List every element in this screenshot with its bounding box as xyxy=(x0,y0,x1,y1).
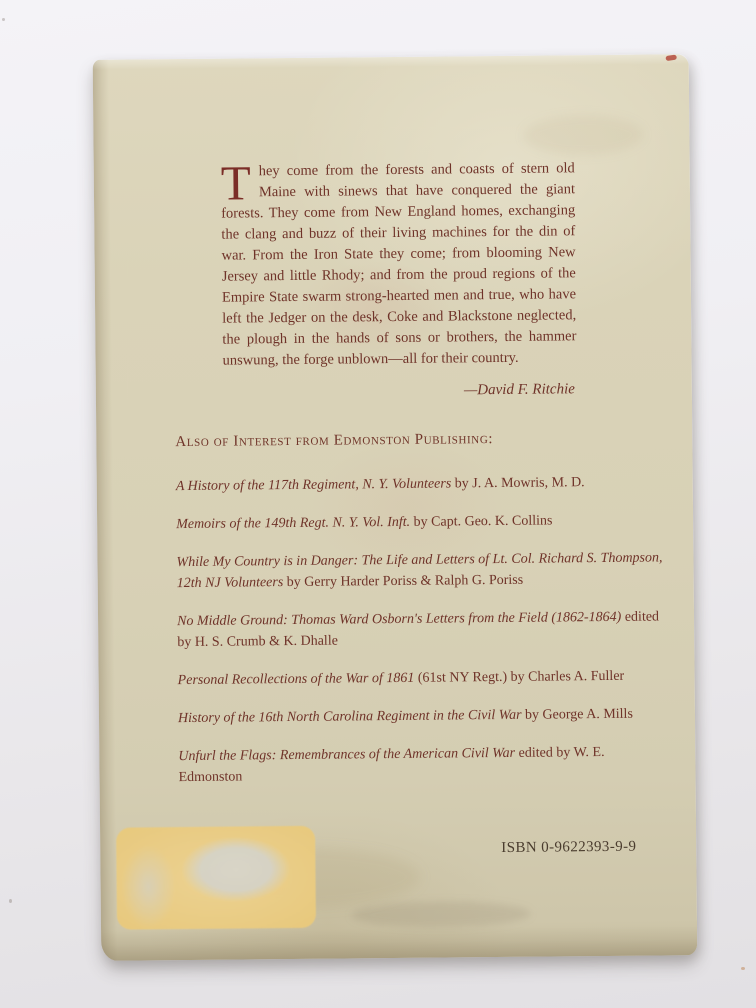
book-title: Personal Recollections of the War of 186… xyxy=(178,671,415,688)
listed-book: While My Country is in Danger: The Life … xyxy=(176,547,662,594)
book-author-credit: by Gerry Harder Poriss & Ralph G. Poriss xyxy=(283,573,523,590)
book-author-credit: by J. A. Mowris, M. D. xyxy=(451,475,585,491)
quote-dropcap: T xyxy=(221,161,259,201)
stain xyxy=(351,901,531,929)
listed-book: Memoirs of the 149th Regt. N. Y. Vol. In… xyxy=(176,509,662,535)
publisher-catalog-section: Also of Interest from Edmonston Publishi… xyxy=(175,428,665,805)
book-back-cover: They come from the forests and coasts of… xyxy=(93,54,698,961)
listed-book: Personal Recollections of the War of 186… xyxy=(178,665,664,691)
listed-book: A History of the 117th Regiment, N. Y. V… xyxy=(176,471,662,497)
stain xyxy=(523,115,643,156)
blurb-quote: They come from the forests and coasts of… xyxy=(221,158,577,403)
price-sticker-residue xyxy=(116,826,316,930)
photo-backdrop: They come from the forests and coasts of… xyxy=(0,0,756,1008)
publisher-list-heading: Also of Interest from Edmonston Publishi… xyxy=(175,428,661,451)
listed-book: Unfurl the Flags: Remembrances of the Am… xyxy=(178,741,664,788)
book-author-credit: (61st NY Regt.) by Charles A. Fuller xyxy=(414,669,624,686)
book-title: History of the 16th North Carolina Regim… xyxy=(178,708,522,726)
book-title: No Middle Ground: Thomas Ward Osborn's L… xyxy=(177,610,621,629)
quote-attribution: —David F. Ritchie xyxy=(223,379,577,403)
backdrop-speck xyxy=(2,18,5,21)
book-title: Unfurl the Flags: Remembrances of the Am… xyxy=(178,746,515,764)
book-title: A History of the 117th Regiment, N. Y. V… xyxy=(176,476,452,494)
worn-bottom-edge xyxy=(101,925,697,961)
backdrop-speck xyxy=(9,899,12,903)
listed-book: History of the 16th North Carolina Regim… xyxy=(178,703,664,729)
book-author-credit: by George A. Mills xyxy=(521,707,632,723)
quote-text: hey come from the forests and coasts of … xyxy=(221,160,576,368)
isbn-text: ISBN 0-9622393-9-9 xyxy=(501,839,636,857)
book-title: Memoirs of the 149th Regt. N. Y. Vol. In… xyxy=(176,515,410,532)
listed-book: No Middle Ground: Thomas Ward Osborn's L… xyxy=(177,606,663,653)
book-author-credit: by Capt. Geo. K. Collins xyxy=(410,513,552,529)
top-edge-highlight xyxy=(93,54,689,70)
worn-left-edge xyxy=(93,60,118,961)
backdrop-speck xyxy=(741,967,745,970)
